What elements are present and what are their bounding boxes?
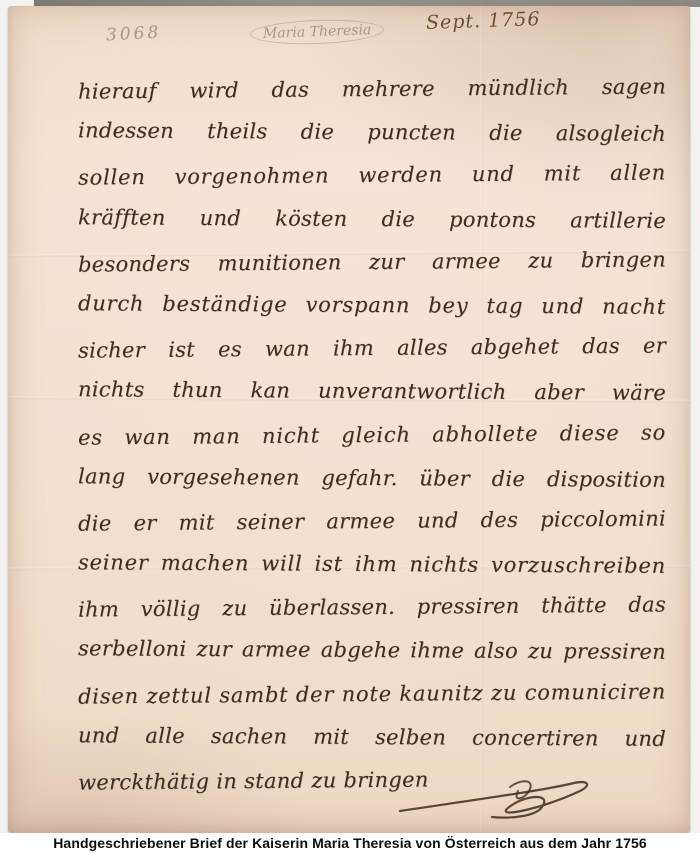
signature-flourish-icon <box>392 773 602 825</box>
letter-line: die er mit seiner armee und des piccolom… <box>78 497 666 545</box>
letter-line: durch beständige vorspann bey tag und na… <box>78 282 666 329</box>
caption-text: Handgeschriebener Brief der Kaiserin Mar… <box>53 835 647 851</box>
letter-body: hierauf wird das mehrere mündlich sagen … <box>78 68 666 803</box>
letter-line: sicher ist es wan ihm alles abgehet das … <box>78 325 666 373</box>
letter-line: hierauf wird das mehrere mündlich sagen <box>78 65 666 113</box>
archive-number-annotation: 3068 <box>106 23 162 46</box>
letter-paper: 3068 Maria Theresia Sept. 1756 hierauf w… <box>8 6 690 833</box>
letter-line: lang vorgesehenen gefahr. über die dispo… <box>78 455 666 502</box>
letter-line: und alle sachen mit selben concertiren u… <box>78 714 666 761</box>
letter-line: nichts thun kan unverantwortlich aber wä… <box>78 369 666 416</box>
letter-line: sollen vorgenohmen werden und mit allen <box>78 152 666 200</box>
letter-line: serbelloni zur armee abgehe ihme also zu… <box>78 628 666 675</box>
letter-line: kräfften und kösten die pontons artiller… <box>78 196 666 243</box>
letter-line: seiner machen will ist ihm nichts vorzus… <box>78 541 666 588</box>
caption-bar: Handgeschriebener Brief der Kaiserin Mar… <box>0 833 700 853</box>
date-annotation: Sept. 1756 <box>426 8 541 34</box>
letter-photo: 3068 Maria Theresia Sept. 1756 hierauf w… <box>0 0 700 853</box>
letter-line: besonders munitionen zur armee zu bringe… <box>78 238 666 286</box>
letter-line: disen zettul sambt der note kaunitz zu c… <box>78 670 666 718</box>
letter-line: es wan man nicht gleich abhollete diese … <box>78 411 666 459</box>
letter-line: indessen theils die puncten die alsoglei… <box>78 109 666 156</box>
pencil-name-annotation: Maria Theresia <box>250 18 385 47</box>
letter-line: ihm völlig zu überlassen. pressiren thät… <box>78 584 666 632</box>
